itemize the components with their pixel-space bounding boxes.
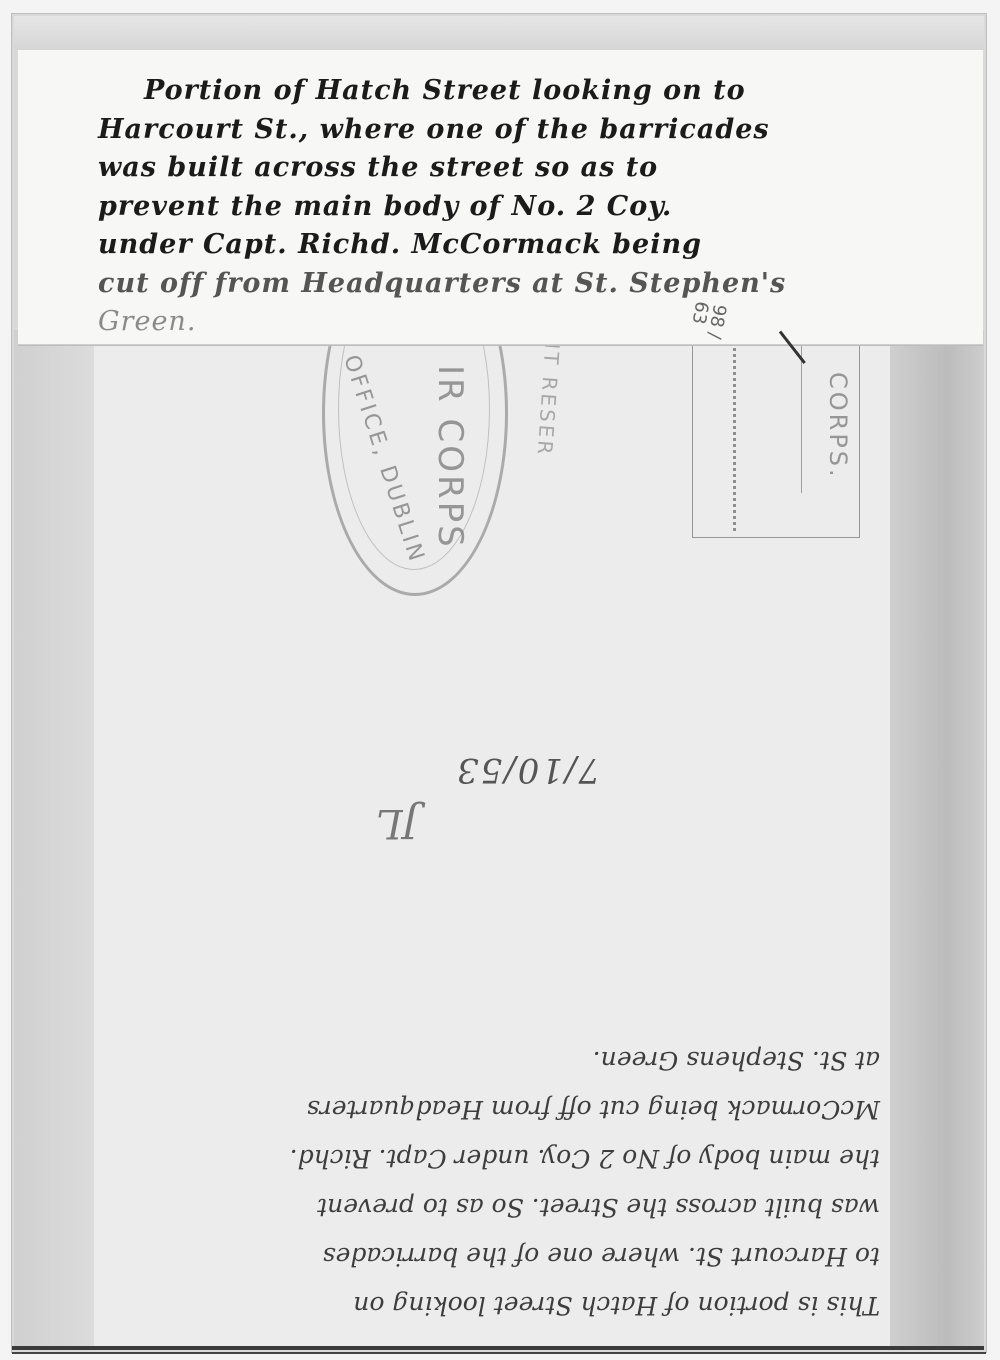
- pencil-initials: JL: [376, 800, 419, 846]
- caption-line-7: Green.: [98, 303, 968, 342]
- pencil-note-line-1: This is portion of Hatch Street looking …: [100, 1281, 880, 1330]
- caption-text: Portion of Hatch Street looking on to Ha…: [98, 72, 968, 342]
- pencil-note-line-3: was built across the Street. So as to pr…: [100, 1183, 880, 1232]
- pencil-date: 7/10/53: [455, 750, 600, 790]
- pencil-note-line-5: McCormack being cut off from Headquarter…: [100, 1085, 880, 1134]
- pencil-note-line-4: the main body of No 2 Coy. under Capt. R…: [100, 1134, 880, 1183]
- caption-line-6: cut off from Headquarters at St. Stephen…: [98, 265, 968, 304]
- reference-number: 98 / 63: [686, 300, 728, 346]
- sheet-bottom-edge: [12, 1346, 984, 1350]
- stamp-text-corps: IR CORPS: [430, 365, 470, 550]
- caption-line-5: under Capt. Richd. McCormack being: [98, 226, 968, 265]
- pencil-note-line-6: at St. Stephens Green.: [100, 1036, 880, 1085]
- caption-line-3: was built across the street so as to: [98, 149, 968, 188]
- stamp-text-corps-rect: CORPS.: [824, 372, 852, 480]
- pencil-notes-upside-down: This is portion of Hatch Street looking …: [100, 940, 880, 1330]
- caption-line-4: prevent the main body of No. 2 Coy.: [98, 188, 968, 227]
- tissue-margin-left: [14, 330, 94, 1348]
- caption-line-2: Harcourt St., where one of the barricade…: [98, 111, 968, 150]
- tissue-margin-right: [890, 330, 984, 1348]
- caption-line-1: Portion of Hatch Street looking on to: [98, 72, 968, 111]
- pencil-note-line-2: to Harcourt St. where one of the barrica…: [100, 1232, 880, 1281]
- tissue-flap-top: [14, 16, 984, 50]
